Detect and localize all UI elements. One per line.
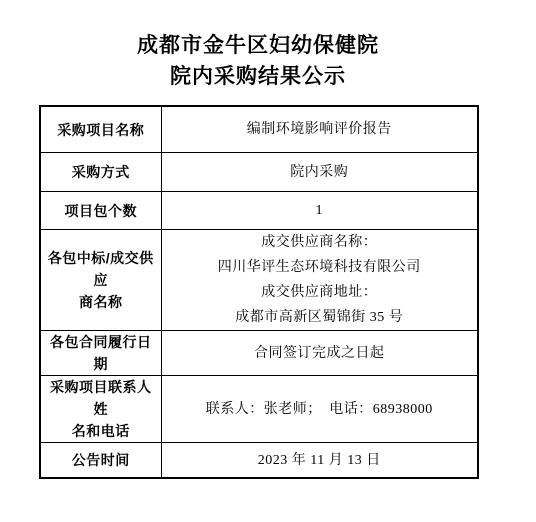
- table-row-contact-info: 采购项目联系人姓 名和电话 联系人：张老师； 电话：68938000: [40, 376, 478, 443]
- row-value: 2023 年 11 月 13 日: [161, 443, 478, 479]
- row-value: 成交供应商名称： 四川华评生态环境科技有限公司 成交供应商地址： 成都市高新区蜀…: [161, 230, 478, 331]
- table-row-contract-period: 各包合同履行日期 合同签订完成之日起: [40, 331, 478, 376]
- table-row-package-count: 项目包个数 1: [40, 192, 478, 230]
- table-row-supplier-info: 各包中标/成交供应 商名称 成交供应商名称： 四川华评生态环境科技有限公司 成交…: [40, 230, 478, 331]
- document-title: 成都市金牛区妇幼保健院 院内采购结果公示: [39, 30, 477, 92]
- title-line-2: 院内采购结果公示: [39, 61, 477, 92]
- row-label: 公告时间: [40, 443, 161, 479]
- row-label: 各包合同履行日期: [40, 331, 161, 376]
- announcement-page: 成都市金牛区妇幼保健院 院内采购结果公示 采购项目名称 编制环境影响评价报告 采…: [0, 0, 536, 522]
- row-value: 合同签订完成之日起: [161, 331, 478, 376]
- row-value: 联系人：张老师； 电话：68938000: [161, 376, 478, 443]
- row-label: 采购项目名称: [40, 106, 161, 153]
- procurement-result-table: 采购项目名称 编制环境影响评价报告 采购方式 院内采购 项目包个数 1 各包中标…: [39, 105, 479, 479]
- table-row-project-name: 采购项目名称 编制环境影响评价报告: [40, 106, 478, 153]
- row-label: 采购方式: [40, 153, 161, 192]
- row-value: 编制环境影响评价报告: [161, 106, 478, 153]
- row-label: 项目包个数: [40, 192, 161, 230]
- row-value: 院内采购: [161, 153, 478, 192]
- title-line-1: 成都市金牛区妇幼保健院: [39, 30, 477, 61]
- table-row-announcement-date: 公告时间 2023 年 11 月 13 日: [40, 443, 478, 479]
- table-row-procurement-method: 采购方式 院内采购: [40, 153, 478, 192]
- row-label: 各包中标/成交供应 商名称: [40, 230, 161, 331]
- row-label: 采购项目联系人姓 名和电话: [40, 376, 161, 443]
- row-value: 1: [161, 192, 478, 230]
